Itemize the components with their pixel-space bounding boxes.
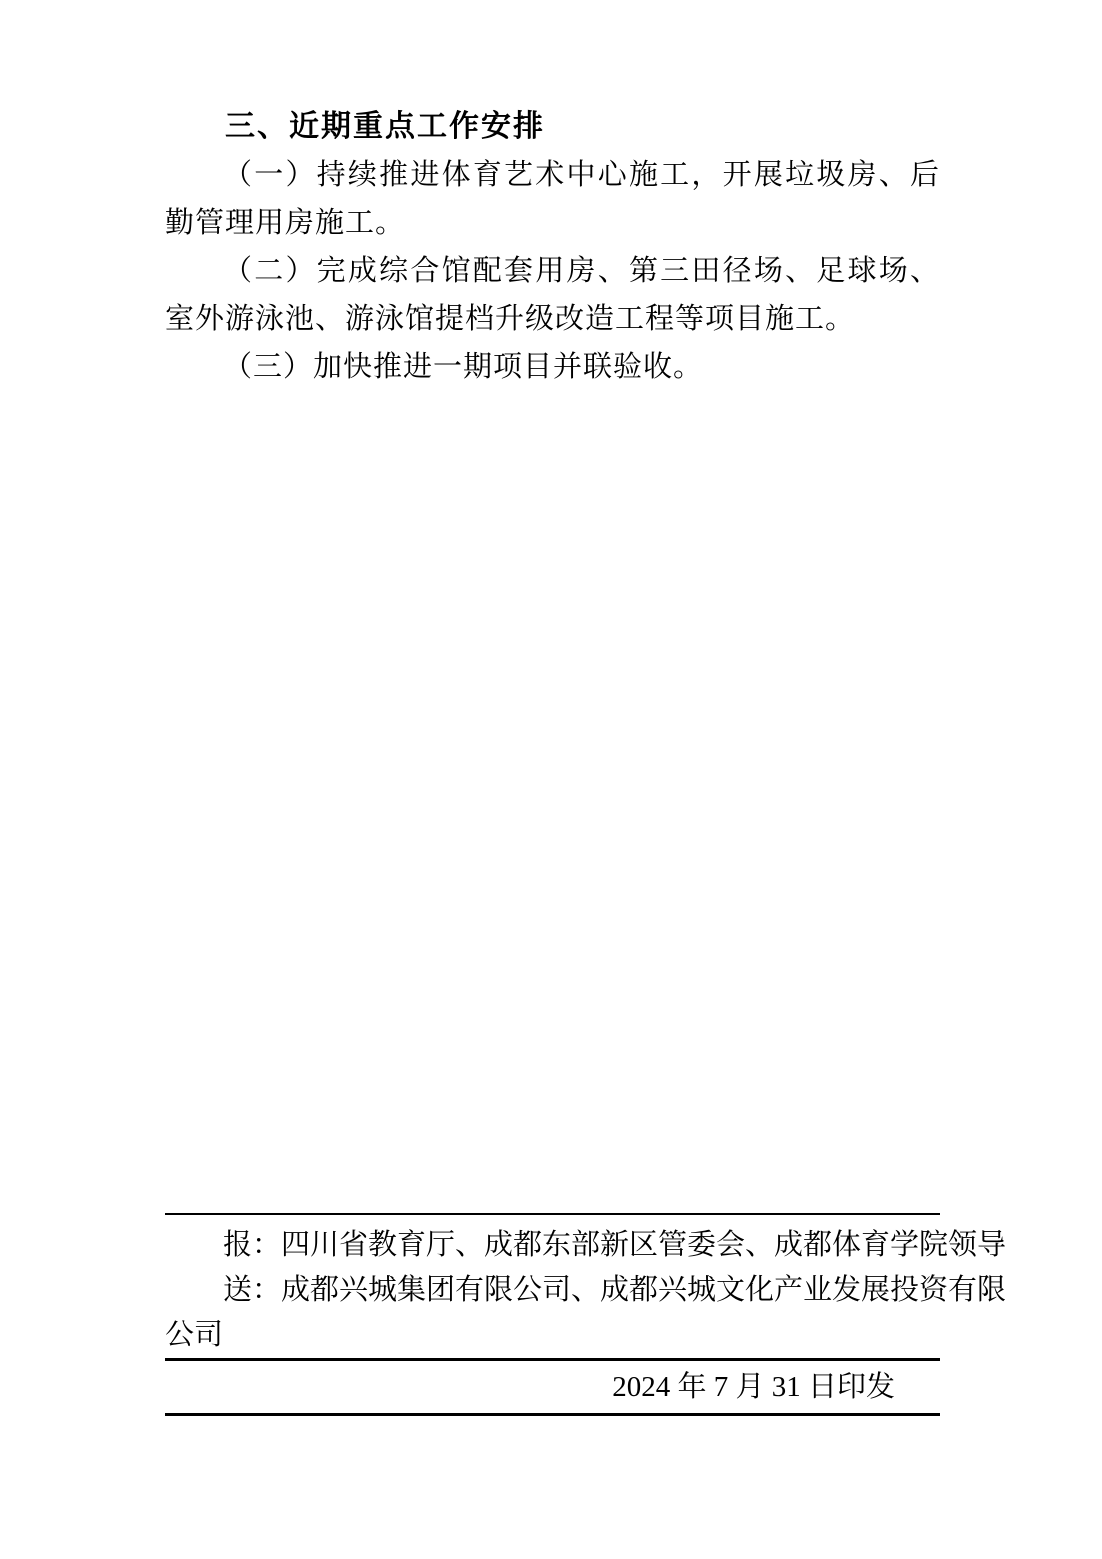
print-date-line: 2024 年 7 月 31 日印发	[165, 1361, 940, 1416]
section-heading: 三、近期重点工作安排	[165, 103, 940, 151]
colophon: 报：四川省教育厅、成都东部新区管委会、成都体育学院领导 送：成都兴城集团有限公司…	[165, 1213, 940, 1416]
send-to-line: 送：成都兴城集团有限公司、成都兴城文化产业发展投资有限	[165, 1268, 940, 1313]
colophon-distribution-block: 报：四川省教育厅、成都东部新区管委会、成都体育学院领导 送：成都兴城集团有限公司…	[165, 1213, 940, 1361]
send-to-line-continuation: 公司	[165, 1313, 940, 1358]
paragraph-item-3: （三）加快推进一期项目并联验收。	[165, 343, 940, 391]
document-body: 三、近期重点工作安排 （一）持续推进体育艺术中心施工，开展垃圾房、后勤管理用房施…	[165, 103, 940, 391]
report-to-line: 报：四川省教育厅、成都东部新区管委会、成都体育学院领导	[165, 1223, 940, 1268]
document-page: 三、近期重点工作安排 （一）持续推进体育艺术中心施工，开展垃圾房、后勤管理用房施…	[0, 0, 1102, 1559]
paragraph-item-1: （一）持续推进体育艺术中心施工，开展垃圾房、后勤管理用房施工。	[165, 151, 940, 247]
paragraph-item-2: （二）完成综合馆配套用房、第三田径场、足球场、室外游泳池、游泳馆提档升级改造工程…	[165, 247, 940, 343]
